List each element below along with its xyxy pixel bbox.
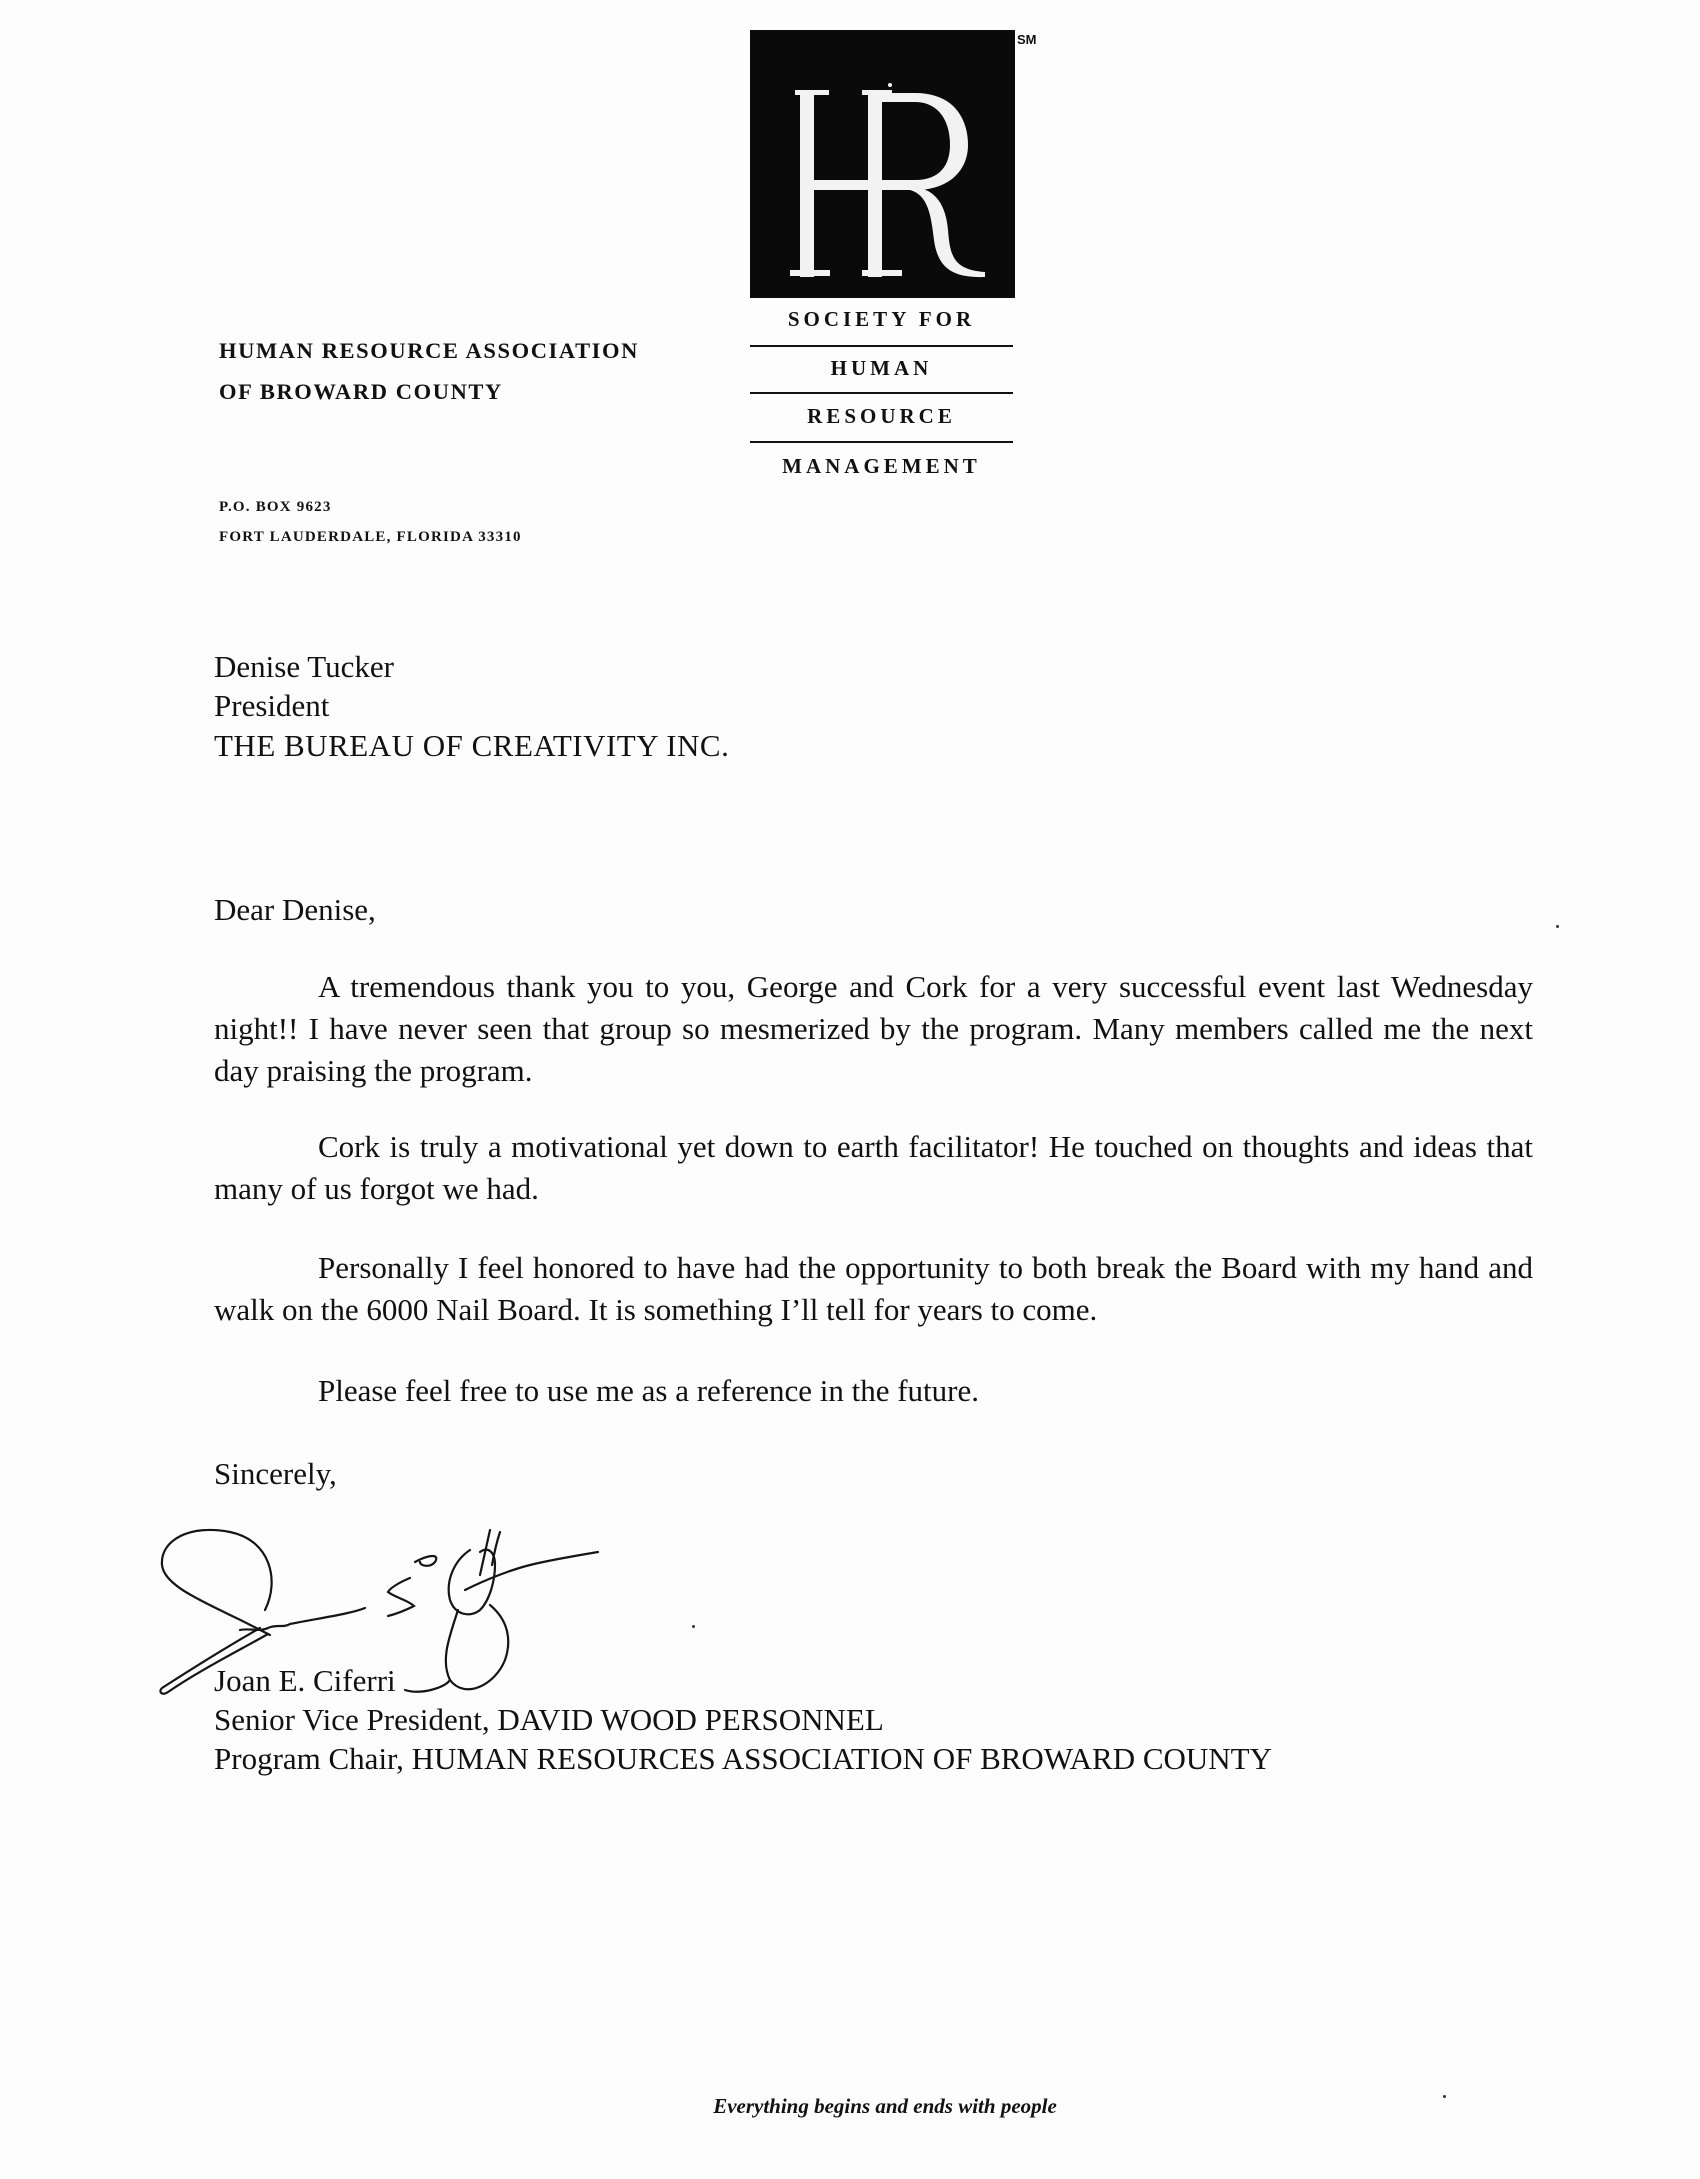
recipient-name: Denise Tucker [214, 651, 394, 682]
scan-speck [1556, 925, 1559, 928]
address-line1: P.O. BOX 9623 [219, 500, 332, 515]
body-paragraph-3: Personally I feel honored to have had th… [214, 1247, 1533, 1331]
logo-text-society-for: SOCIETY FOR [750, 309, 1013, 330]
body-paragraph-2: Cork is truly a motivational yet down to… [214, 1126, 1533, 1210]
org-name-line2: OF BROWARD COUNTY [219, 381, 503, 404]
logo-divider [750, 441, 1013, 443]
logo-text-management: MANAGEMENT [750, 456, 1013, 477]
address-line2: FORT LAUDERDALE, FLORIDA 33310 [219, 530, 522, 545]
recipient-company: THE BUREAU OF CREATIVITY INC. [214, 730, 729, 761]
body-paragraph-4: Please feel free to use me as a referenc… [214, 1370, 1533, 1412]
signer-title-line1: Senior Vice President, DAVID WOOD PERSON… [214, 1704, 884, 1735]
closing: Sincerely, [214, 1458, 337, 1489]
salutation: Dear Denise, [214, 894, 376, 925]
scan-speck [1443, 2095, 1446, 2098]
org-name-line1: HUMAN RESOURCE ASSOCIATION [219, 340, 639, 363]
body-paragraph-1: A tremendous thank you to you, George an… [214, 966, 1533, 1091]
logo-divider [750, 345, 1013, 347]
logo-divider [750, 392, 1013, 394]
hr-monogram-icon [750, 30, 1015, 298]
scan-speck [692, 1625, 695, 1628]
service-mark: SM [1017, 32, 1037, 47]
recipient-title: President [214, 690, 329, 721]
signer-name: Joan E. Ciferri [214, 1665, 396, 1696]
logo-text-human: HUMAN [750, 358, 1013, 379]
signer-title-line2: Program Chair, HUMAN RESOURCES ASSOCIATI… [214, 1743, 1272, 1774]
shrm-logo [750, 30, 1015, 298]
logo-text-resource: RESOURCE [750, 406, 1013, 427]
